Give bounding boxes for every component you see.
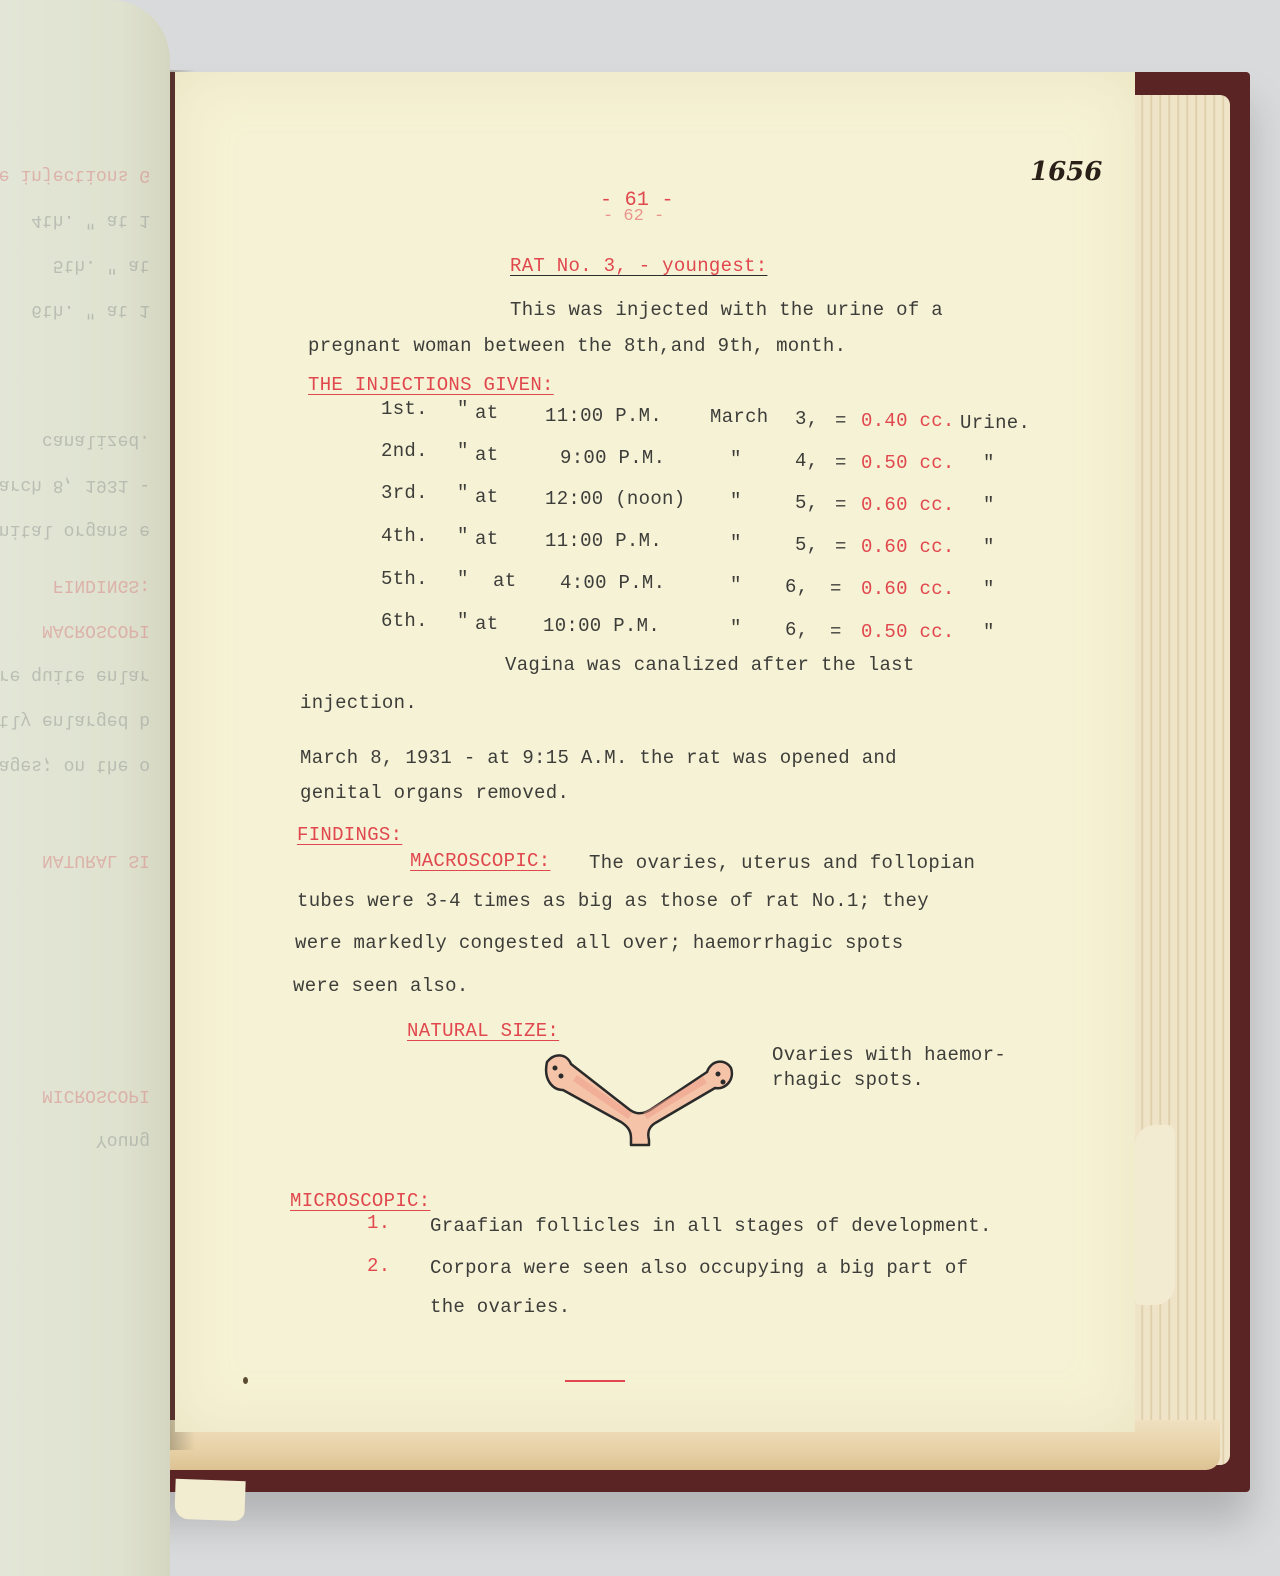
microscopic-heading: MICROSCOPIC: xyxy=(290,1190,430,1212)
equals: = xyxy=(830,578,842,600)
suffix: " xyxy=(983,536,995,558)
ditto-mark: " xyxy=(457,398,469,420)
opened-line-1: March 8, 1931 - at 9:15 A.M. the rat was… xyxy=(300,747,897,769)
time: 9:00 P.M. xyxy=(560,447,665,469)
equals: = xyxy=(835,410,847,432)
at-label: at xyxy=(475,402,498,424)
page-number: - 61 - xyxy=(600,189,674,212)
bleed-line: canalized. xyxy=(42,430,150,450)
ditto-mark: " xyxy=(457,440,469,462)
bleed-line: MACROSCOPI xyxy=(42,620,150,640)
day: 4, xyxy=(795,450,818,472)
ditto-mark: " xyxy=(457,482,469,504)
bleed-line: 4th. " at 1 xyxy=(31,210,150,230)
findings-heading: FINDINGS: xyxy=(297,824,402,846)
month: " xyxy=(730,617,742,639)
item-number: 1. xyxy=(367,1212,390,1234)
intro-line-1: This was injected with the urine of a xyxy=(510,299,943,321)
equals: = xyxy=(835,452,847,474)
bleed-line: 6th. " at 1 xyxy=(31,300,150,320)
macro-line-4: were seen also. xyxy=(293,975,469,997)
suffix: " xyxy=(983,494,995,516)
month: " xyxy=(730,574,742,596)
day: 6, xyxy=(785,619,808,641)
bleed-line: 5th. " at xyxy=(53,255,150,275)
bleed-line: genital organs e xyxy=(0,520,150,540)
bleed-line: NATURAL SI xyxy=(42,850,150,870)
canalized-line-2: injection. xyxy=(300,692,417,714)
natural-size-heading: NATURAL SIZE: xyxy=(407,1020,559,1042)
item-text-continued: the ovaries. xyxy=(430,1296,570,1318)
time: 11:00 P.M. xyxy=(545,405,662,427)
item-text: Graafian follicles in all stages of deve… xyxy=(430,1215,992,1237)
ordinal: 3rd. xyxy=(381,482,428,504)
dose: 0.60 cc. xyxy=(861,578,955,600)
handwritten-page-number: 1656 xyxy=(1030,157,1102,187)
ordinal: 5th. xyxy=(381,568,428,590)
bleed-line: rhages; on the o xyxy=(0,755,150,775)
bleed-line: were quite enlar xyxy=(0,665,150,685)
torn-page-tab xyxy=(1135,1125,1175,1305)
injections-heading: THE INJECTIONS GIVEN: xyxy=(308,374,554,396)
bleed-line: FINDINGS: xyxy=(53,575,150,595)
ordinal: 1st. xyxy=(381,398,428,420)
dose: 0.60 cc. xyxy=(861,494,955,516)
bleed-line: March 8, 1931 - xyxy=(0,475,150,495)
equals: = xyxy=(835,494,847,516)
equals: = xyxy=(830,621,842,643)
item-number: 2. xyxy=(367,1255,390,1277)
macro-line-1: The ovaries, uterus and follopian xyxy=(589,852,975,874)
ditto-mark: " xyxy=(457,568,469,590)
bleed-line: MICROSCOPI xyxy=(42,1085,150,1105)
right-page: 1656 - 62 - - 61 - RAT No. 3, - youngest… xyxy=(175,72,1135,1432)
time: 12:00 (noon) xyxy=(545,488,685,510)
opened-line-2: genital organs removed. xyxy=(300,782,569,804)
end-divider xyxy=(565,1380,625,1382)
macro-line-2: tubes were 3-4 times as big as those of … xyxy=(297,890,929,912)
ordinal: 6th. xyxy=(381,610,428,632)
equals: = xyxy=(835,536,847,558)
suffix: " xyxy=(983,578,995,600)
ordinal: 4th. xyxy=(381,525,428,547)
item-text: Corpora were seen also occupying a big p… xyxy=(430,1257,968,1279)
time: 10:00 P.M. xyxy=(543,615,660,637)
figure-caption-line-1: Ovaries with haemor- xyxy=(772,1044,1006,1066)
at-label: at xyxy=(475,528,498,550)
bleed-line: Young xyxy=(96,1130,150,1150)
at-label: at xyxy=(475,444,498,466)
day: 6, xyxy=(785,576,808,598)
figure-caption-line-2: rhagic spots. xyxy=(772,1069,924,1091)
month: " xyxy=(730,448,742,470)
macro-line-3: were markedly congested all over; haemor… xyxy=(295,932,904,954)
suffix: " xyxy=(983,621,995,643)
left-page: The injections G 4th. " at 1 5th. " at 6… xyxy=(0,0,170,1576)
section-title: RAT No. 3, - youngest: xyxy=(510,255,767,277)
macroscopic-heading: MACROSCOPIC: xyxy=(410,850,550,872)
dose: 0.50 cc. xyxy=(861,452,955,474)
ditto-mark: " xyxy=(457,610,469,632)
day: 5, xyxy=(795,534,818,556)
time: 11:00 P.M. xyxy=(545,530,662,552)
at-label: at xyxy=(475,613,498,635)
ditto-mark: " xyxy=(457,525,469,547)
dose: 0.40 cc. xyxy=(861,410,955,432)
at-label: at xyxy=(493,570,516,592)
dose: 0.60 cc. xyxy=(861,536,955,558)
intro-line-2: pregnant woman between the 8th,and 9th, … xyxy=(308,335,846,357)
bleed-line: The injections G xyxy=(0,165,150,185)
ordinal: 2nd. xyxy=(381,440,428,462)
month: " xyxy=(730,490,742,512)
ovaries-drawing xyxy=(535,1050,745,1150)
day: 5, xyxy=(795,492,818,514)
day: 3, xyxy=(795,408,818,430)
time: 4:00 P.M. xyxy=(560,572,665,594)
suffix: " xyxy=(983,452,995,474)
month: " xyxy=(730,532,742,554)
bleed-line: ghtly enlarged b xyxy=(0,710,150,730)
dose: 0.50 cc. xyxy=(861,621,955,643)
month: March xyxy=(710,406,769,428)
paper-tab xyxy=(174,1479,245,1521)
canalized-line-1: Vagina was canalized after the last xyxy=(505,654,915,676)
ink-smudge xyxy=(243,1377,248,1384)
suffix: Urine. xyxy=(960,412,1030,434)
at-label: at xyxy=(475,486,498,508)
